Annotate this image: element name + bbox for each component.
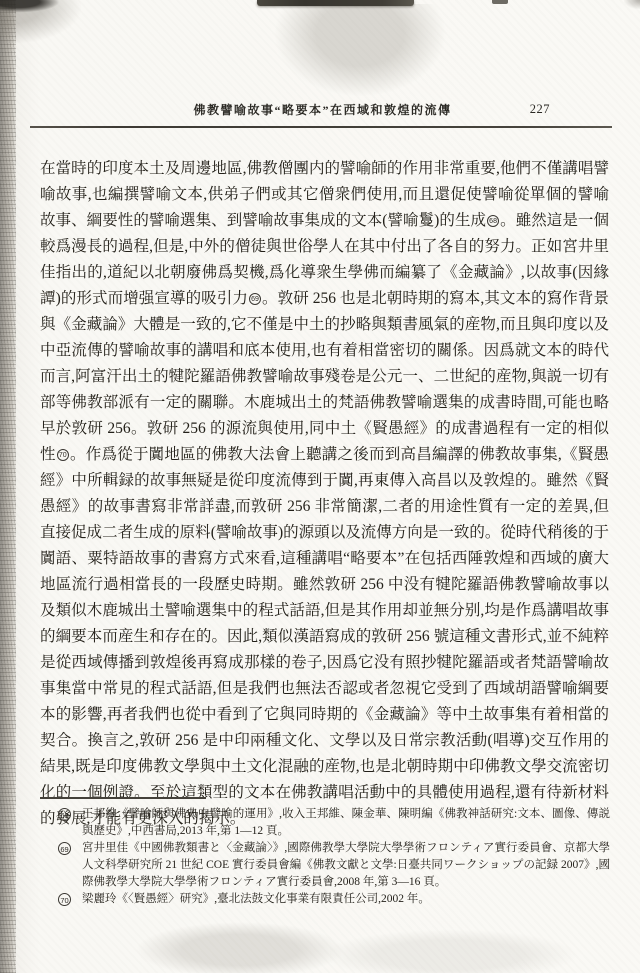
footnotes-section: 68 王邦維《譬喻師與佛典中譬喻的運用》,收入王邦維、陳金華、陳明編《佛教神話研… (58, 806, 610, 908)
footnote-70: 70 梁麗玲《〈賢愚經〉研究》,臺北法鼓文化事業有限責任公司,2002 年。 (58, 891, 610, 908)
footnote-69-marker-icon: 69 (58, 842, 71, 855)
footnote-68-text: 王邦維《譬喻師與佛典中譬喻的運用》,收入王邦維、陳金華、陳明編《佛教神話研究:文… (82, 808, 610, 837)
body-segment-4: 。作爲從于闐地區的佛教大法會上聽講之後而到高昌編譯的佛教故事集,《賢愚經》中所輯… (40, 446, 609, 827)
footnote-69-text: 宮井里佳《中國佛教類書と〈金藏論〉》,國際佛教學大學院大學學術フロンティア實行委… (82, 842, 610, 888)
scan-top-dark-band (257, 0, 414, 6)
footnote-69: 69 宮井里佳《中國佛教類書と〈金藏論〉》,國際佛教學大學院大學學術フロンティア… (58, 840, 610, 891)
page-number: 227 (530, 102, 550, 117)
body-paragraph: 在當時的印度本土及周邊地區,佛教僧團内的譬喻師的作用非常重要,他們不僅講唱譬喻故… (40, 156, 609, 832)
footnote-70-text: 梁麗玲《〈賢愚經〉研究》,臺北法鼓文化事業有限責任公司,2002 年。 (82, 893, 430, 905)
footnote-ref-69-icon: 69 (249, 293, 261, 305)
body-segment-3: 。敦研 256 也是北朝時期的寫本,其文本的寫作背景與《金藏論》大體是一致的,它… (40, 290, 609, 463)
scan-bottom-haze-secondary (330, 920, 630, 973)
scan-corner-smudge (0, 0, 110, 55)
running-title: 佛教譬喻故事“略要本”在西域和敦煌的流傳 (33, 101, 612, 118)
footnote-ref-68-icon: 68 (487, 215, 499, 227)
scan-top-right-mark (624, 0, 640, 9)
footnote-68: 68 王邦維《譬喻師與佛典中譬喻的運用》,收入王邦維、陳金華、陳明編《佛教神話研… (58, 806, 610, 840)
header-rule (30, 126, 612, 128)
footnote-ref-70-icon: 70 (57, 449, 69, 461)
footnote-70-marker-icon: 70 (58, 893, 71, 906)
scanned-book-page: 佛教譬喻故事“略要本”在西域和敦煌的流傳 227 在當時的印度本土及周邊地區,佛… (0, 0, 640, 973)
scan-binding-edge (0, 0, 16, 973)
footnote-divider (40, 797, 206, 799)
scan-top-mark (492, 0, 508, 4)
scan-top-haze (255, 4, 485, 154)
page-header: 佛教譬喻故事“略要本”在西域和敦煌的流傳 227 (33, 101, 612, 123)
footnote-68-marker-icon: 68 (58, 808, 71, 821)
